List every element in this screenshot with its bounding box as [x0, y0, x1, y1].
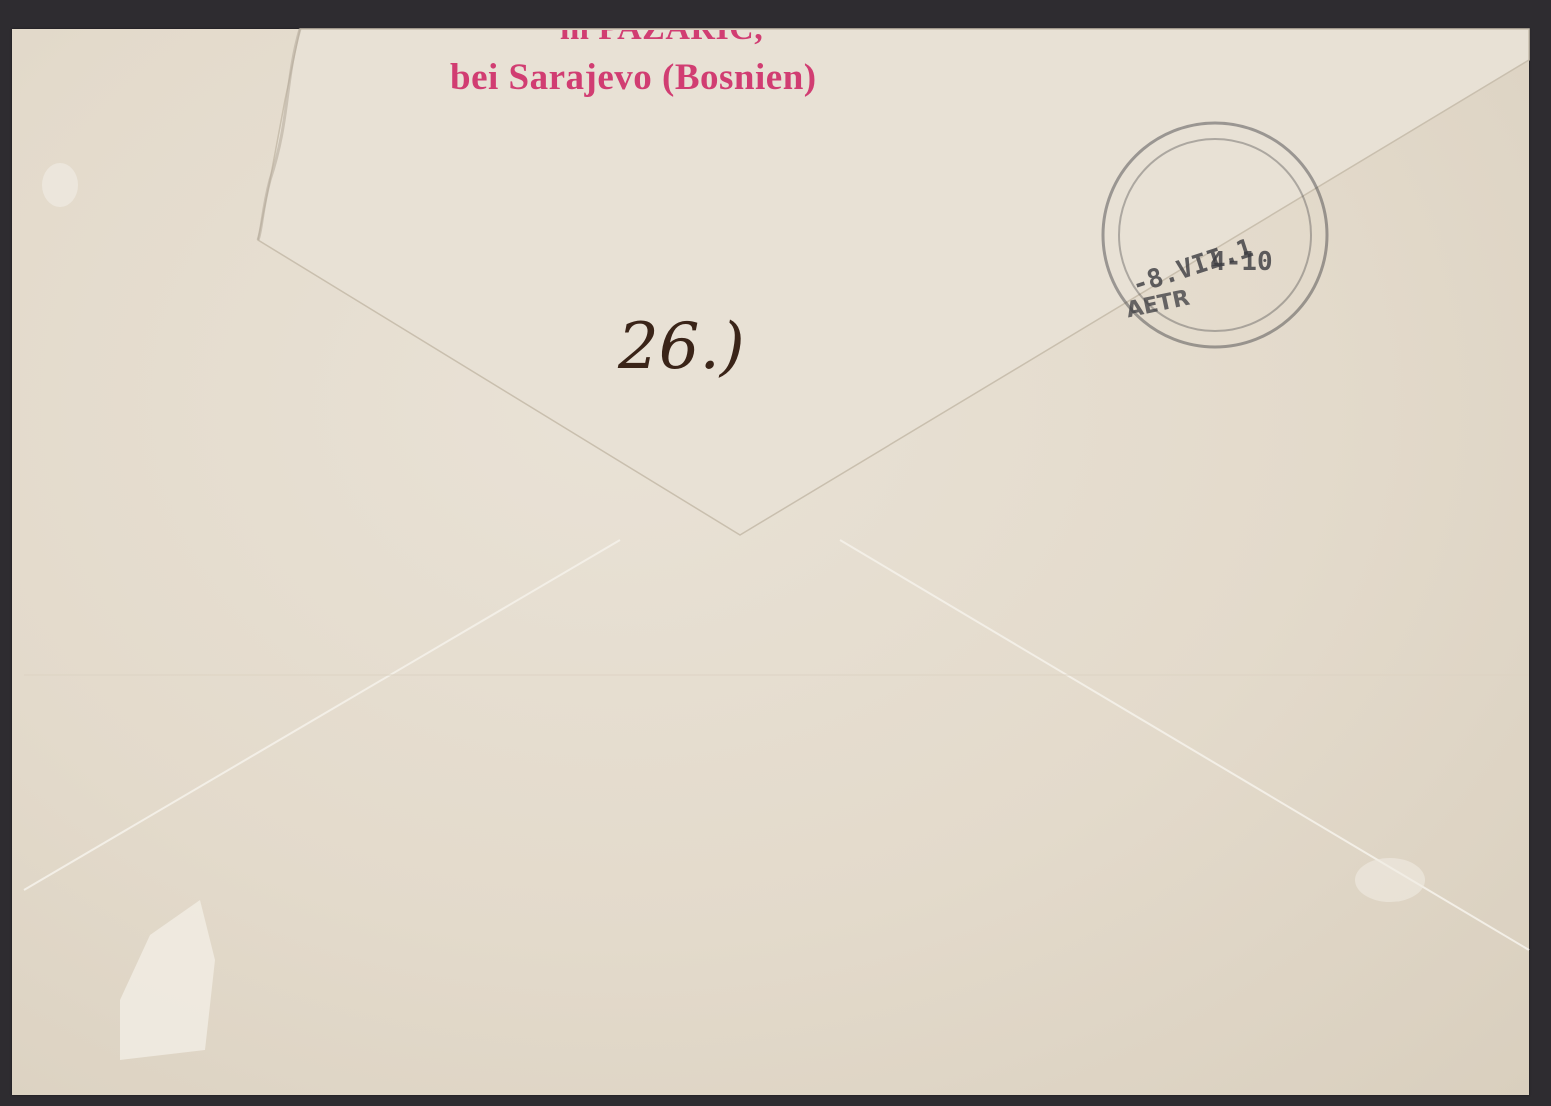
postmark-time: 4-10 — [1210, 247, 1273, 277]
sender-stamp-line2: bei Sarajevo (Bosnien) — [450, 56, 817, 99]
handwritten-note: 26.) — [618, 310, 745, 384]
postmark: -8.VII.1 4-10 AETR — [1090, 92, 1340, 362]
scene: in PAZARIC, bei Sarajevo (Bosnien) 26.) … — [0, 0, 1551, 1106]
